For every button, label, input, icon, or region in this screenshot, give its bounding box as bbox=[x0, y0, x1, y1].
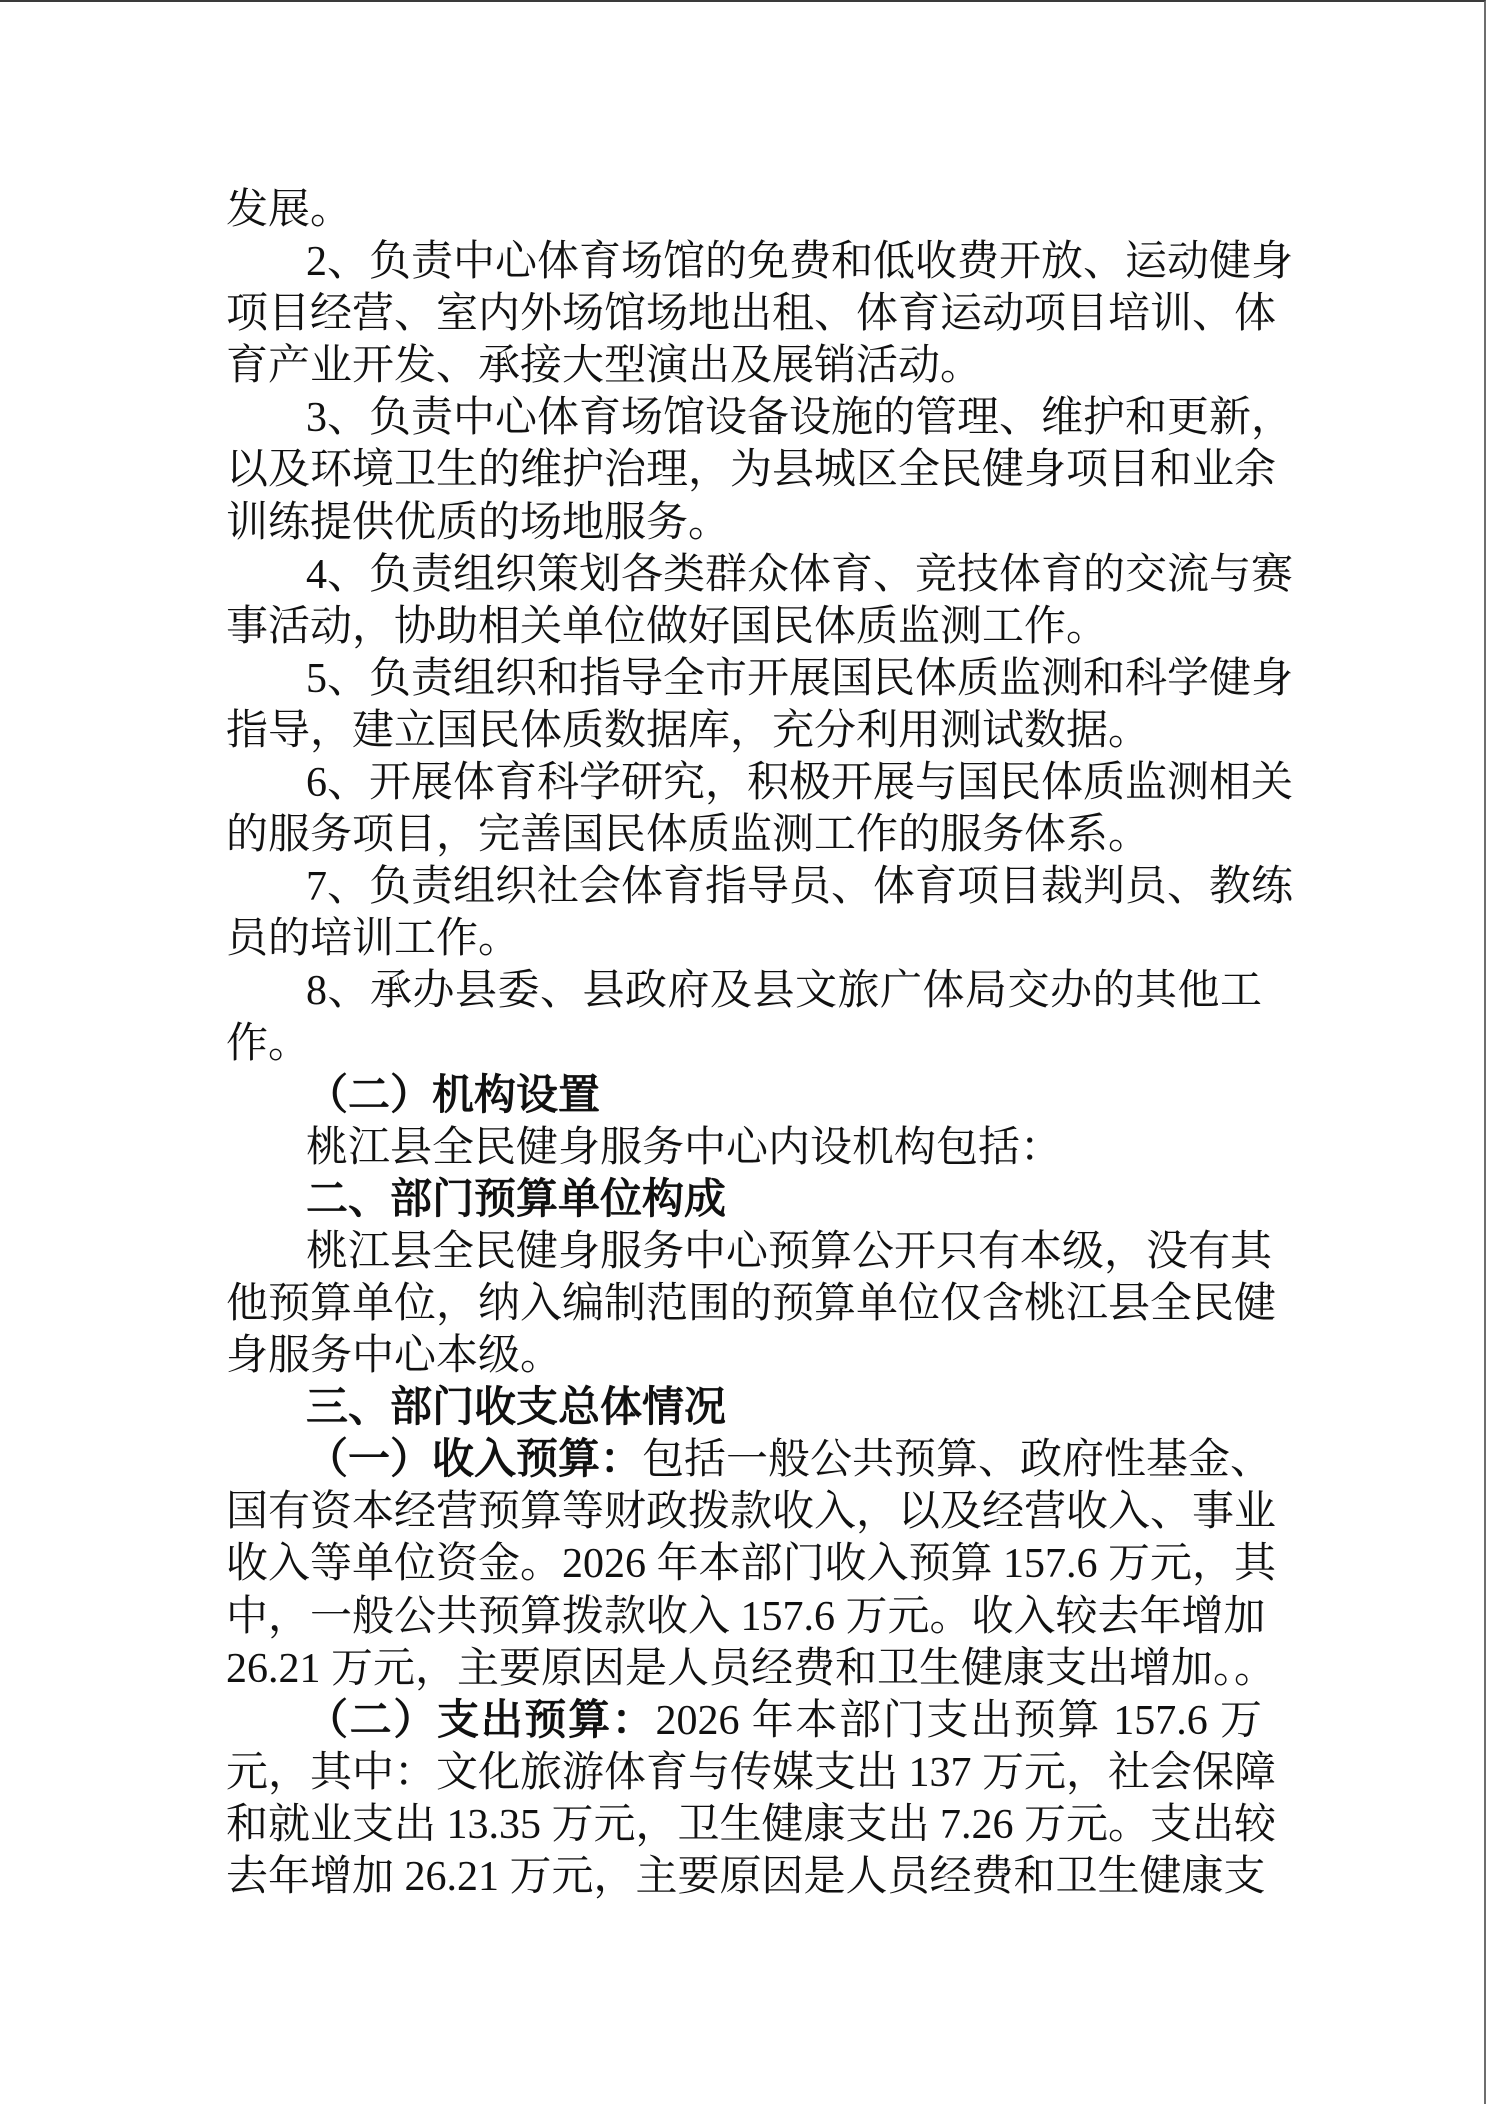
document-body: 发展。 2、负责中心体育场馆的免费和低收费开放、运动健身 项目经营、室内外场馆场… bbox=[226, 184, 1262, 1903]
text-line: 7、负责组织社会体育指导员、体育项目裁判员、教练 bbox=[226, 861, 1262, 913]
paragraph-duty-8: 8、承办县委、县政府及县文旅广体局交办的其他工 作。 bbox=[226, 965, 1262, 1069]
text-run: 2026 年本部门支出预算 157.6 万 bbox=[655, 1698, 1262, 1744]
paragraph-duty-4: 4、负责组织策划各类群众体育、竞技体育的交流与赛 事活动，协助相关单位做好国民体… bbox=[226, 549, 1262, 653]
text-line: 2、负责中心体育场馆的免费和低收费开放、运动健身 bbox=[226, 236, 1262, 288]
paragraph-budget-units: 桃江县全民健身服务中心预算公开只有本级，没有其 他预算单位，纳入编制范围的预算单… bbox=[226, 1226, 1262, 1382]
expense-budget-label: （二）支出预算： bbox=[306, 1698, 655, 1744]
text-line: 发展。 bbox=[226, 184, 1262, 236]
text-line: 的服务项目，完善国民体质监测工作的服务体系。 bbox=[226, 809, 1262, 861]
text-line: 元，其中：文化旅游体育与传媒支出 137 万元，社会保障 bbox=[226, 1747, 1262, 1799]
text-run: 包括一般公共预算、政府性基金、 bbox=[642, 1437, 1272, 1483]
text-line: 4、负责组织策划各类群众体育、竞技体育的交流与赛 bbox=[226, 549, 1262, 601]
heading-text: 三、部门收支总体情况 bbox=[226, 1382, 1262, 1434]
text-line: 中，一般公共预算拨款收入 157.6 万元。收入较去年增加 bbox=[226, 1591, 1262, 1643]
text-line: 他预算单位，纳入编制范围的预算单位仅含桃江县全民健 bbox=[226, 1278, 1262, 1330]
text-line: 3、负责中心体育场馆设备设施的管理、维护和更新， bbox=[226, 392, 1262, 444]
text-line: 指导，建立国民体质数据库，充分利用测试数据。 bbox=[226, 705, 1262, 757]
section-heading-budget-units: 二、部门预算单位构成 bbox=[226, 1174, 1262, 1226]
text-line: 去年增加 26.21 万元，主要原因是人员经费和卫生健康支 bbox=[226, 1851, 1262, 1903]
text-line: 国有资本经营预算等财政拨款收入，以及经营收入、事业 bbox=[226, 1486, 1262, 1538]
text-line: 事活动，协助相关单位做好国民体质监测工作。 bbox=[226, 601, 1262, 653]
text-line: 以及环境卫生的维护治理，为县城区全民健身项目和业余 bbox=[226, 444, 1262, 496]
paragraph-duty-3: 3、负责中心体育场馆设备设施的管理、维护和更新， 以及环境卫生的维护治理，为县城… bbox=[226, 392, 1262, 548]
text-line: 和就业支出 13.35 万元，卫生健康支出 7.26 万元。支出较 bbox=[226, 1799, 1262, 1851]
text-line: 6、开展体育科学研究，积极开展与国民体质监测相关 bbox=[226, 757, 1262, 809]
text-line: 收入等单位资金。2026 年本部门收入预算 157.6 万元，其 bbox=[226, 1538, 1262, 1590]
text-line: 26.21 万元，主要原因是人员经费和卫生健康支出增加。。 bbox=[226, 1643, 1262, 1695]
text-line: （一）收入预算：包括一般公共预算、政府性基金、 bbox=[226, 1434, 1262, 1486]
text-line: 育产业开发、承接大型演出及展销活动。 bbox=[226, 340, 1262, 392]
text-line: 5、负责组织和指导全市开展国民体质监测和科学健身 bbox=[226, 653, 1262, 705]
document-page: 发展。 2、负责中心体育场馆的免费和低收费开放、运动健身 项目经营、室内外场馆场… bbox=[0, 0, 1486, 2104]
paragraph-duty-5: 5、负责组织和指导全市开展国民体质监测和科学健身 指导，建立国民体质数据库，充分… bbox=[226, 653, 1262, 757]
paragraph-duty-1-tail: 发展。 bbox=[226, 184, 1262, 236]
paragraph-org-setup: 桃江县全民健身服务中心内设机构包括： bbox=[226, 1122, 1262, 1174]
income-budget-label: （一）收入预算： bbox=[306, 1437, 642, 1483]
section-heading-org-setup: （二）机构设置 bbox=[226, 1070, 1262, 1122]
paragraph-duty-7: 7、负责组织社会体育指导员、体育项目裁判员、教练 员的培训工作。 bbox=[226, 861, 1262, 965]
paragraph-duty-6: 6、开展体育科学研究，积极开展与国民体质监测相关 的服务项目，完善国民体质监测工… bbox=[226, 757, 1262, 861]
text-line: 身服务中心本级。 bbox=[226, 1330, 1262, 1382]
text-line: 项目经营、室内外场馆场地出租、体育运动项目培训、体 bbox=[226, 288, 1262, 340]
heading-text: （二）机构设置 bbox=[226, 1070, 1262, 1122]
section-heading-overall: 三、部门收支总体情况 bbox=[226, 1382, 1262, 1434]
text-line: （二）支出预算：2026 年本部门支出预算 157.6 万 bbox=[226, 1695, 1262, 1747]
text-line: 作。 bbox=[226, 1018, 1262, 1070]
paragraph-duty-2: 2、负责中心体育场馆的免费和低收费开放、运动健身 项目经营、室内外场馆场地出租、… bbox=[226, 236, 1262, 392]
paragraph-expense-budget: （二）支出预算：2026 年本部门支出预算 157.6 万 元，其中：文化旅游体… bbox=[226, 1695, 1262, 1903]
text-line: 员的培训工作。 bbox=[226, 913, 1262, 965]
text-line: 桃江县全民健身服务中心预算公开只有本级，没有其 bbox=[226, 1226, 1262, 1278]
text-line: 训练提供优质的场地服务。 bbox=[226, 497, 1262, 549]
text-line: 桃江县全民健身服务中心内设机构包括： bbox=[226, 1122, 1262, 1174]
heading-text: 二、部门预算单位构成 bbox=[226, 1174, 1262, 1226]
text-line: 8、承办县委、县政府及县文旅广体局交办的其他工 bbox=[226, 965, 1262, 1017]
paragraph-income-budget: （一）收入预算：包括一般公共预算、政府性基金、 国有资本经营预算等财政拨款收入，… bbox=[226, 1434, 1262, 1694]
